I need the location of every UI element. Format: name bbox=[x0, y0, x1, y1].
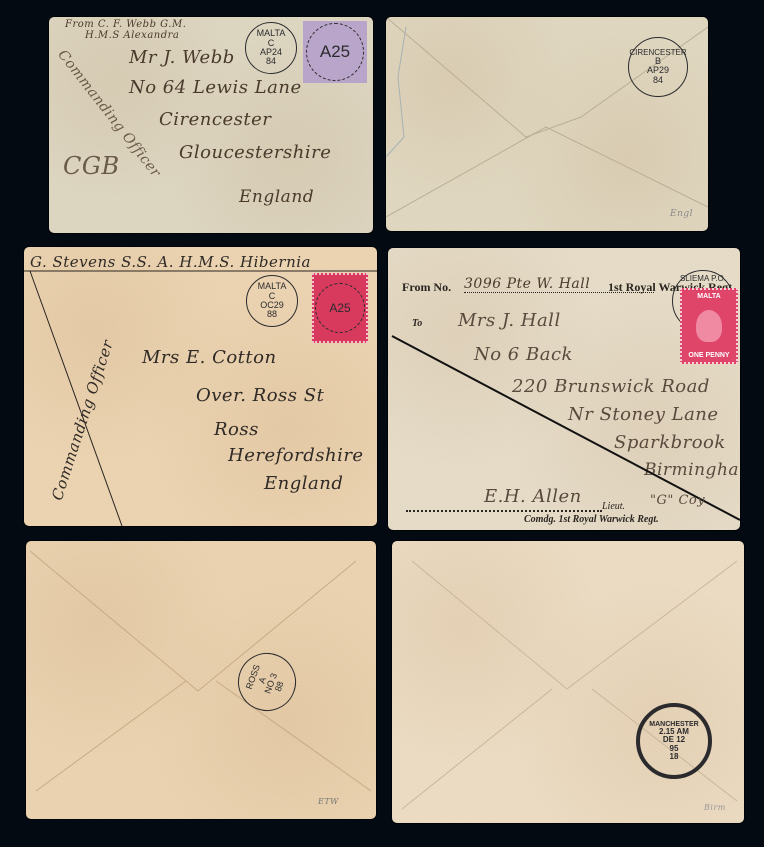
envelope-2-back: CIRENCESTER B AP29 84 Engl bbox=[386, 17, 708, 231]
envelope-5-back: ROSS A NO 3 88 ETW bbox=[26, 541, 376, 819]
sender-note-line2: H.M.S Alexandra bbox=[85, 30, 179, 41]
stamp-lilac: A25 bbox=[303, 21, 367, 83]
address-line: England bbox=[264, 473, 343, 494]
address-line: England bbox=[239, 187, 314, 207]
envelope-4-front: From No. 3096 Pte W. Hall 1st Royal Warw… bbox=[388, 248, 740, 530]
pencil-note: Engl bbox=[670, 209, 693, 219]
address-line: 220 Brunswick Road bbox=[512, 376, 710, 397]
sender-note: G. Stevens S.S. A. H.M.S. Hibernia bbox=[30, 253, 311, 271]
to-label: To bbox=[412, 318, 422, 329]
envelope-flap-lines bbox=[26, 541, 376, 819]
rank-label: Lieut. bbox=[602, 501, 625, 512]
sender-note-line1: From C. F. Webb G.M. bbox=[65, 19, 186, 30]
signature-dotted-line bbox=[406, 510, 602, 512]
address-line: No 6 Back bbox=[474, 344, 573, 365]
postmark-malta: MALTA C AP24 84 bbox=[245, 22, 297, 74]
address-line: Birmingham bbox=[644, 460, 740, 480]
pencil-note: ETW bbox=[318, 797, 339, 806]
printed-footer: Comdg. 1st Royal Warwick Regt. bbox=[524, 514, 659, 525]
postmark-cirencester: CIRENCESTER B AP29 84 bbox=[628, 37, 688, 97]
address-line: Sparkbrook bbox=[614, 432, 726, 453]
address-line: Over. Ross St bbox=[196, 385, 324, 406]
endorsement: Commanding Officer bbox=[48, 338, 117, 503]
address-line: No 64 Lewis Lane bbox=[129, 77, 302, 98]
stamp-red: A25 bbox=[312, 273, 368, 343]
printed-from-label: From No. bbox=[402, 280, 451, 295]
address-line: Nr Stoney Lane bbox=[568, 404, 719, 425]
postmark-manchester: MANCHESTER 2.15 AM DE 12 95 18 bbox=[636, 703, 712, 779]
address-line: Mrs E. Cotton bbox=[142, 347, 277, 368]
address-line: Cirencester bbox=[159, 109, 271, 130]
address-line: Ross bbox=[214, 419, 259, 440]
address-line: Herefordshire bbox=[228, 445, 364, 466]
envelope-1-front: From C. F. Webb G.M. H.M.S Alexandra Mr … bbox=[49, 17, 373, 233]
company: "G" Coy bbox=[650, 493, 705, 508]
cancel: A25 bbox=[315, 283, 365, 333]
stamp-red-one-penny: MALTA ONE PENNY bbox=[680, 288, 738, 364]
cancel-a25: A25 bbox=[306, 23, 364, 81]
pencil-note: Birm bbox=[704, 803, 726, 812]
envelope-3-front: G. Stevens S.S. A. H.M.S. Hibernia Comma… bbox=[24, 247, 377, 526]
initials: CGB bbox=[63, 152, 120, 180]
address-line: Mrs J. Hall bbox=[458, 310, 561, 331]
address-line: Gloucestershire bbox=[179, 142, 331, 163]
queen-portrait-icon bbox=[696, 310, 722, 342]
envelope-6-back: MANCHESTER 2.15 AM DE 12 95 18 Birm bbox=[392, 541, 744, 823]
postmark-ross: ROSS A NO 3 88 bbox=[230, 645, 304, 719]
signature: E.H. Allen bbox=[484, 486, 582, 507]
postmark-malta: MALTA C OC29 88 bbox=[246, 275, 298, 327]
address-line: Mr J. Webb bbox=[129, 47, 235, 68]
envelope-flap-lines bbox=[392, 541, 744, 823]
